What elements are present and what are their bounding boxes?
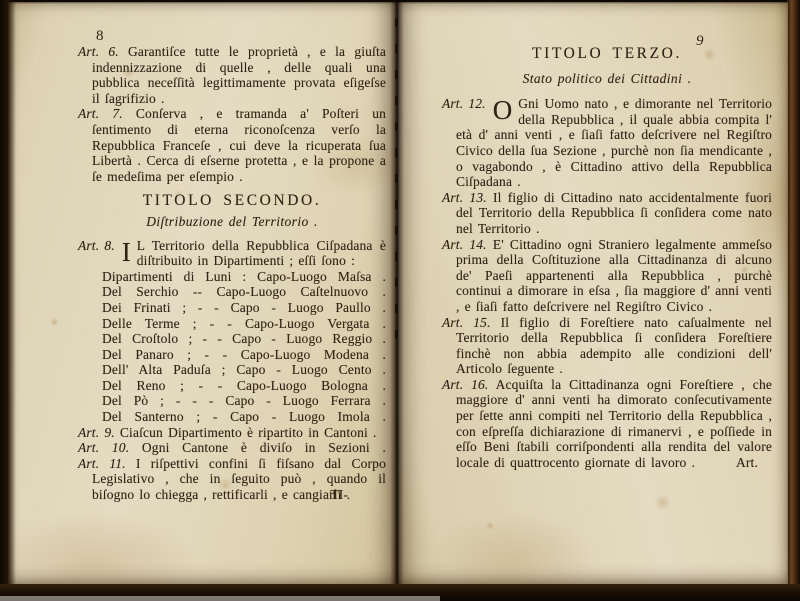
article-7: Art. 7. Conſerva , e tramanda a' Poſteri… xyxy=(78,106,386,184)
article-15-text: Il figlio di Foreſtiere nato caſualmente… xyxy=(456,315,772,377)
department-line: Del Santerno ; - Capo - Luogo Imola . xyxy=(102,409,386,425)
department-line: Del Pò ; - - - Capo - Luogo Ferrara . xyxy=(102,393,386,409)
right-page: 9 TITOLO TERZO. Stato politico dei Citta… xyxy=(396,2,788,584)
department-line: Del Reno ; - - Capo-Luogo Bologna . xyxy=(102,378,386,394)
article-8-text: L Territorio della Repubblica Ciſpadana … xyxy=(137,238,386,269)
article-13-label: Art. 13. xyxy=(442,190,487,205)
page-number-left: 8 xyxy=(96,28,104,45)
scan-top-edge xyxy=(0,0,800,4)
section-subtitle-stato-politico: Stato politico dei Cittadini . xyxy=(442,71,772,87)
book-scan: 8 Art. 6. Garantiſce tutte le proprietà … xyxy=(0,0,800,601)
article-7-text: Conſerva , e tramanda a' Poſteri un ſent… xyxy=(92,106,386,183)
department-list: Dipartimenti di Luni : Capo-Luogo Maſsa … xyxy=(78,269,386,425)
department-line: Dei Frinati ; - - Capo - Luogo Paullo . xyxy=(102,300,386,316)
article-8: Art. 8.IL Territorio della Repubblica Ci… xyxy=(78,238,386,269)
article-9-text: Ciaſcun Dipartimento è ripartito in Cant… xyxy=(120,425,377,440)
department-line: Delle Terme ; - - Capo-Luogo Vergata . xyxy=(102,316,386,332)
article-12-label: Art. 12. xyxy=(442,96,486,112)
department-line: Dipartimenti di Luni : Capo-Luogo Maſsa … xyxy=(102,269,386,285)
department-line: Del Croſtolo ; - - Capo - Luogo Reggio . xyxy=(102,331,386,347)
section-title-secondo: TITOLO SECONDO. xyxy=(78,193,386,209)
scan-bottom-table-strip xyxy=(0,596,440,601)
article-10: Art. 10. Ogni Cantone è diviſo in Sezion… xyxy=(78,440,386,456)
article-8-label: Art. 8. xyxy=(78,238,115,254)
article-6: Art. 6. Garantiſce tutte le proprietà , … xyxy=(78,44,386,106)
catchword-left: TI- xyxy=(330,487,348,502)
scan-left-edge xyxy=(0,0,16,601)
article-8-opening: Art. 8.I xyxy=(78,238,131,269)
catchword-right: Art. xyxy=(736,455,758,470)
binding-stitches xyxy=(395,18,398,348)
article-10-label: Art. 10. xyxy=(78,440,129,455)
article-11-label: Art. 11. xyxy=(78,456,126,471)
right-page-text-block: TITOLO TERZO. Stato politico dei Cittadi… xyxy=(442,46,772,470)
page-edge-stack xyxy=(786,0,800,601)
article-12-opening: Art. 12.O xyxy=(442,96,512,127)
section-subtitle-territorio: Diſtribuzione del Territorio . xyxy=(78,214,386,230)
article-10-text: Ogni Cantone è diviſo in Sezioni . xyxy=(142,440,386,455)
article-9-label: Art. 9. xyxy=(78,425,115,440)
article-7-label: Art. 7. xyxy=(78,106,123,121)
article-9: Art. 9. Ciaſcun Dipartimento è ripartito… xyxy=(78,425,386,441)
dropcap-letter-o: O xyxy=(493,96,513,124)
left-page: 8 Art. 6. Garantiſce tutte le proprietà … xyxy=(8,2,396,584)
section-title-terzo: TITOLO TERZO. xyxy=(442,46,772,62)
left-page-text-block: Art. 6. Garantiſce tutte le proprietà , … xyxy=(78,44,386,503)
article-13: Art. 13. Il figlio di Cittadino nato acc… xyxy=(442,190,772,237)
article-16-label: Art. 16. xyxy=(442,377,488,392)
department-line: Del Panaro ; - - Capo-Luogo Modena . xyxy=(102,347,386,363)
article-13-text: Il figlio di Cittadino nato accidentalme… xyxy=(456,190,772,236)
article-15: Art. 15. Il figlio di Foreſtiere nato ca… xyxy=(442,315,772,377)
department-line: Dell' Alta Paduſa ; Capo - Luogo Cento . xyxy=(102,362,386,378)
article-6-label: Art. 6. xyxy=(78,44,119,59)
article-14-text: E' Cittadino ogni Straniero legalmente a… xyxy=(456,237,772,314)
article-12: Art. 12.OGni Uomo nato , e dimorante nel… xyxy=(442,96,772,190)
article-6-text: Garantiſce tutte le proprietà , e la giu… xyxy=(92,44,386,106)
department-line: Del Serchio -- Capo-Luogo Caſtelnuovo . xyxy=(102,284,386,300)
article-15-label: Art. 15. xyxy=(442,315,491,330)
article-14-label: Art. 14. xyxy=(442,237,487,252)
article-14: Art. 14. E' Cittadino ogni Straniero leg… xyxy=(442,237,772,315)
dropcap-letter-i: I xyxy=(122,238,131,266)
